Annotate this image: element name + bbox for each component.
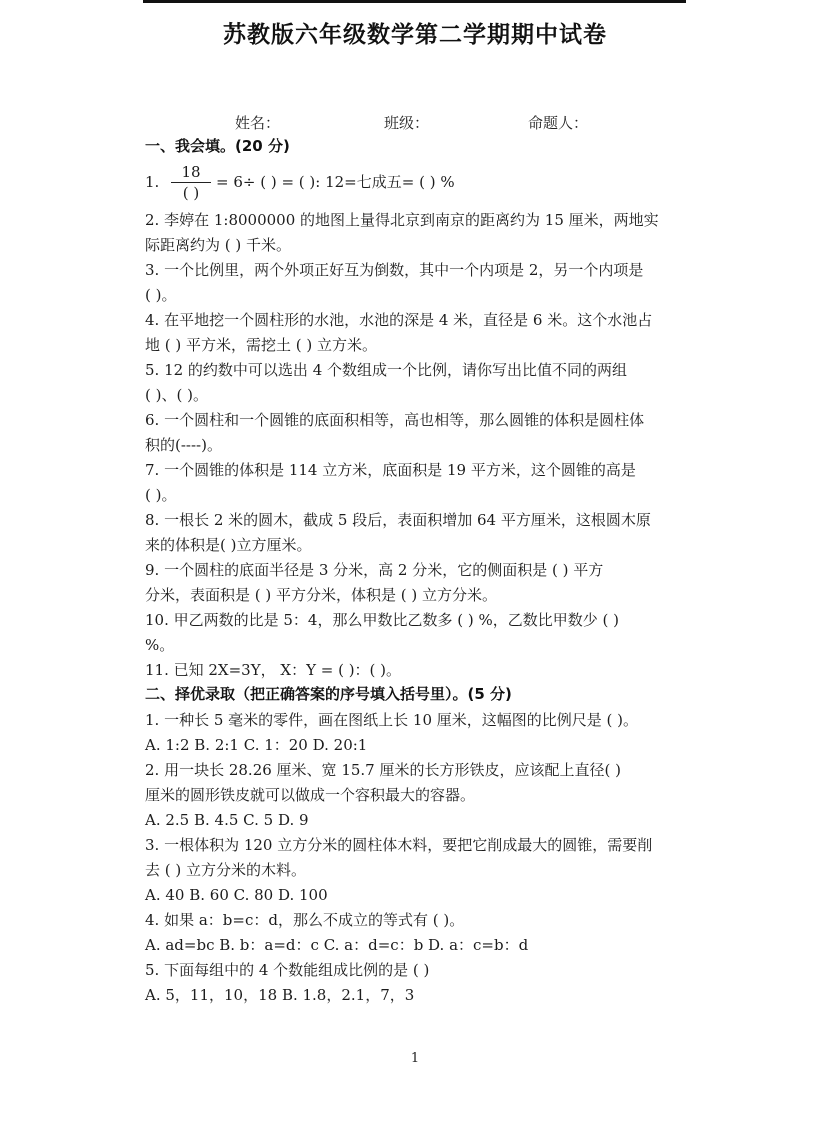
s1-line: 9. 一个圆柱的底面半径是 3 分米，高 2 分米，它的侧面积是 ( ) 平方 [145, 560, 603, 580]
section2-heading: 二、择优录取（把正确答案的序号填入括号里）。(5 分) [145, 684, 512, 704]
s1-line: 来的体积是( )立方厘米。 [145, 535, 311, 555]
page-number: 1 [0, 1051, 830, 1066]
s2-line: 厘米的圆形铁皮就可以做成一个容积最大的容器。 [145, 785, 475, 805]
s2-line: A. 5，11，10，18 B. 1.8，2.1，7，3 [145, 985, 414, 1005]
s1-line: 5. 12 的约数中可以选出 4 个数组成一个比例，请你写出比值不同的两组 [145, 360, 627, 380]
top-rule [143, 0, 686, 3]
s2-line: 去 ( ) 立方分米的木料。 [145, 860, 306, 880]
fraction-denominator: ( ) [171, 184, 211, 202]
s1-line: ( )。 [145, 285, 176, 305]
s2-line: 2. 用一块长 28.26 厘米、宽 15.7 厘米的长方形铁皮，应该配上直径(… [145, 760, 621, 780]
s2-line: A. ad=bc B. b：a=d：c C. a：d=c：b D. a：c=b：… [145, 935, 528, 955]
s2-line: A. 40 B. 60 C. 80 D. 100 [145, 885, 328, 905]
s1-line: 分米，表面积是 ( ) 平方分米，体积是 ( ) 立方分米。 [145, 585, 497, 605]
s1-line: 4. 在平地挖一个圆柱形的水池，水池的深是 4 米，直径是 6 米。这个水池占 [145, 310, 652, 330]
s1-line: 地 ( ) 平方米，需挖土 ( ) 立方米。 [145, 335, 377, 355]
s2-line: 1. 一种长 5 毫米的零件，画在图纸上长 10 厘米，这幅图的比例尺是 ( )… [145, 710, 638, 730]
s1-line: ( )、( )。 [145, 385, 208, 405]
s1-line: 际距离约为 ( ) 千米。 [145, 235, 291, 255]
s1-line: %。 [145, 635, 174, 655]
s2-line: 3. 一根体积为 120 立方分米的圆柱体木料，要把它削成最大的圆锥，需要削 [145, 835, 652, 855]
s1-line: 2. 李婷在 1:8000000 的地图上量得北京到南京的距离约为 15 厘米，… [145, 210, 659, 230]
document-title: 苏教版六年级数学第二学期期中试卷 [0, 16, 830, 49]
s1-line: 3. 一个比例里，两个外项正好互为倒数，其中一个内项是 2，另一个内项是 [145, 260, 643, 280]
author-label: 命题人： [528, 112, 588, 133]
s2-line: A. 1:2 B. 2:1 C. 1：20 D. 20:1 [145, 735, 367, 755]
class-label: 班级： [384, 112, 429, 133]
s1-line: 8. 一根长 2 米的圆木，截成 5 段后，表面积增加 64 平方厘米，这根圆木… [145, 510, 651, 530]
q1-fraction: 18 ( ) [171, 163, 211, 202]
s1-line: 7. 一个圆锥的体积是 114 立方米，底面积是 19 平方米，这个圆锥的高是 [145, 460, 636, 480]
fraction-bar [171, 182, 211, 183]
q1-number: 1. [145, 172, 159, 192]
section1-heading: 一、我会填。(20 分) [145, 136, 290, 156]
s1-line: 积的(----)。 [145, 435, 222, 455]
s1-line: 11. 已知 2X=3Y， X：Y = ( )：( )。 [145, 660, 401, 680]
s1-line: 10. 甲乙两数的比是 5：4，那么甲数比乙数多 ( ) %，乙数比甲数少 ( … [145, 610, 619, 630]
s2-line: 5. 下面每组中的 4 个数能组成比例的是 ( ) [145, 960, 429, 980]
s2-line: 4. 如果 a：b=c：d，那么不成立的等式有 ( )。 [145, 910, 464, 930]
q1-rest: = 6÷ ( ) = ( ): 12=七成五= ( ) % [216, 172, 455, 192]
s1-line: 6. 一个圆柱和一个圆锥的底面积相等，高也相等，那么圆锥的体积是圆柱体 [145, 410, 644, 430]
s2-line: A. 2.5 B. 4.5 C. 5 D. 9 [145, 810, 309, 830]
s1-line: ( )。 [145, 485, 176, 505]
fraction-numerator: 18 [171, 163, 211, 181]
name-label: 姓名： [235, 112, 280, 133]
